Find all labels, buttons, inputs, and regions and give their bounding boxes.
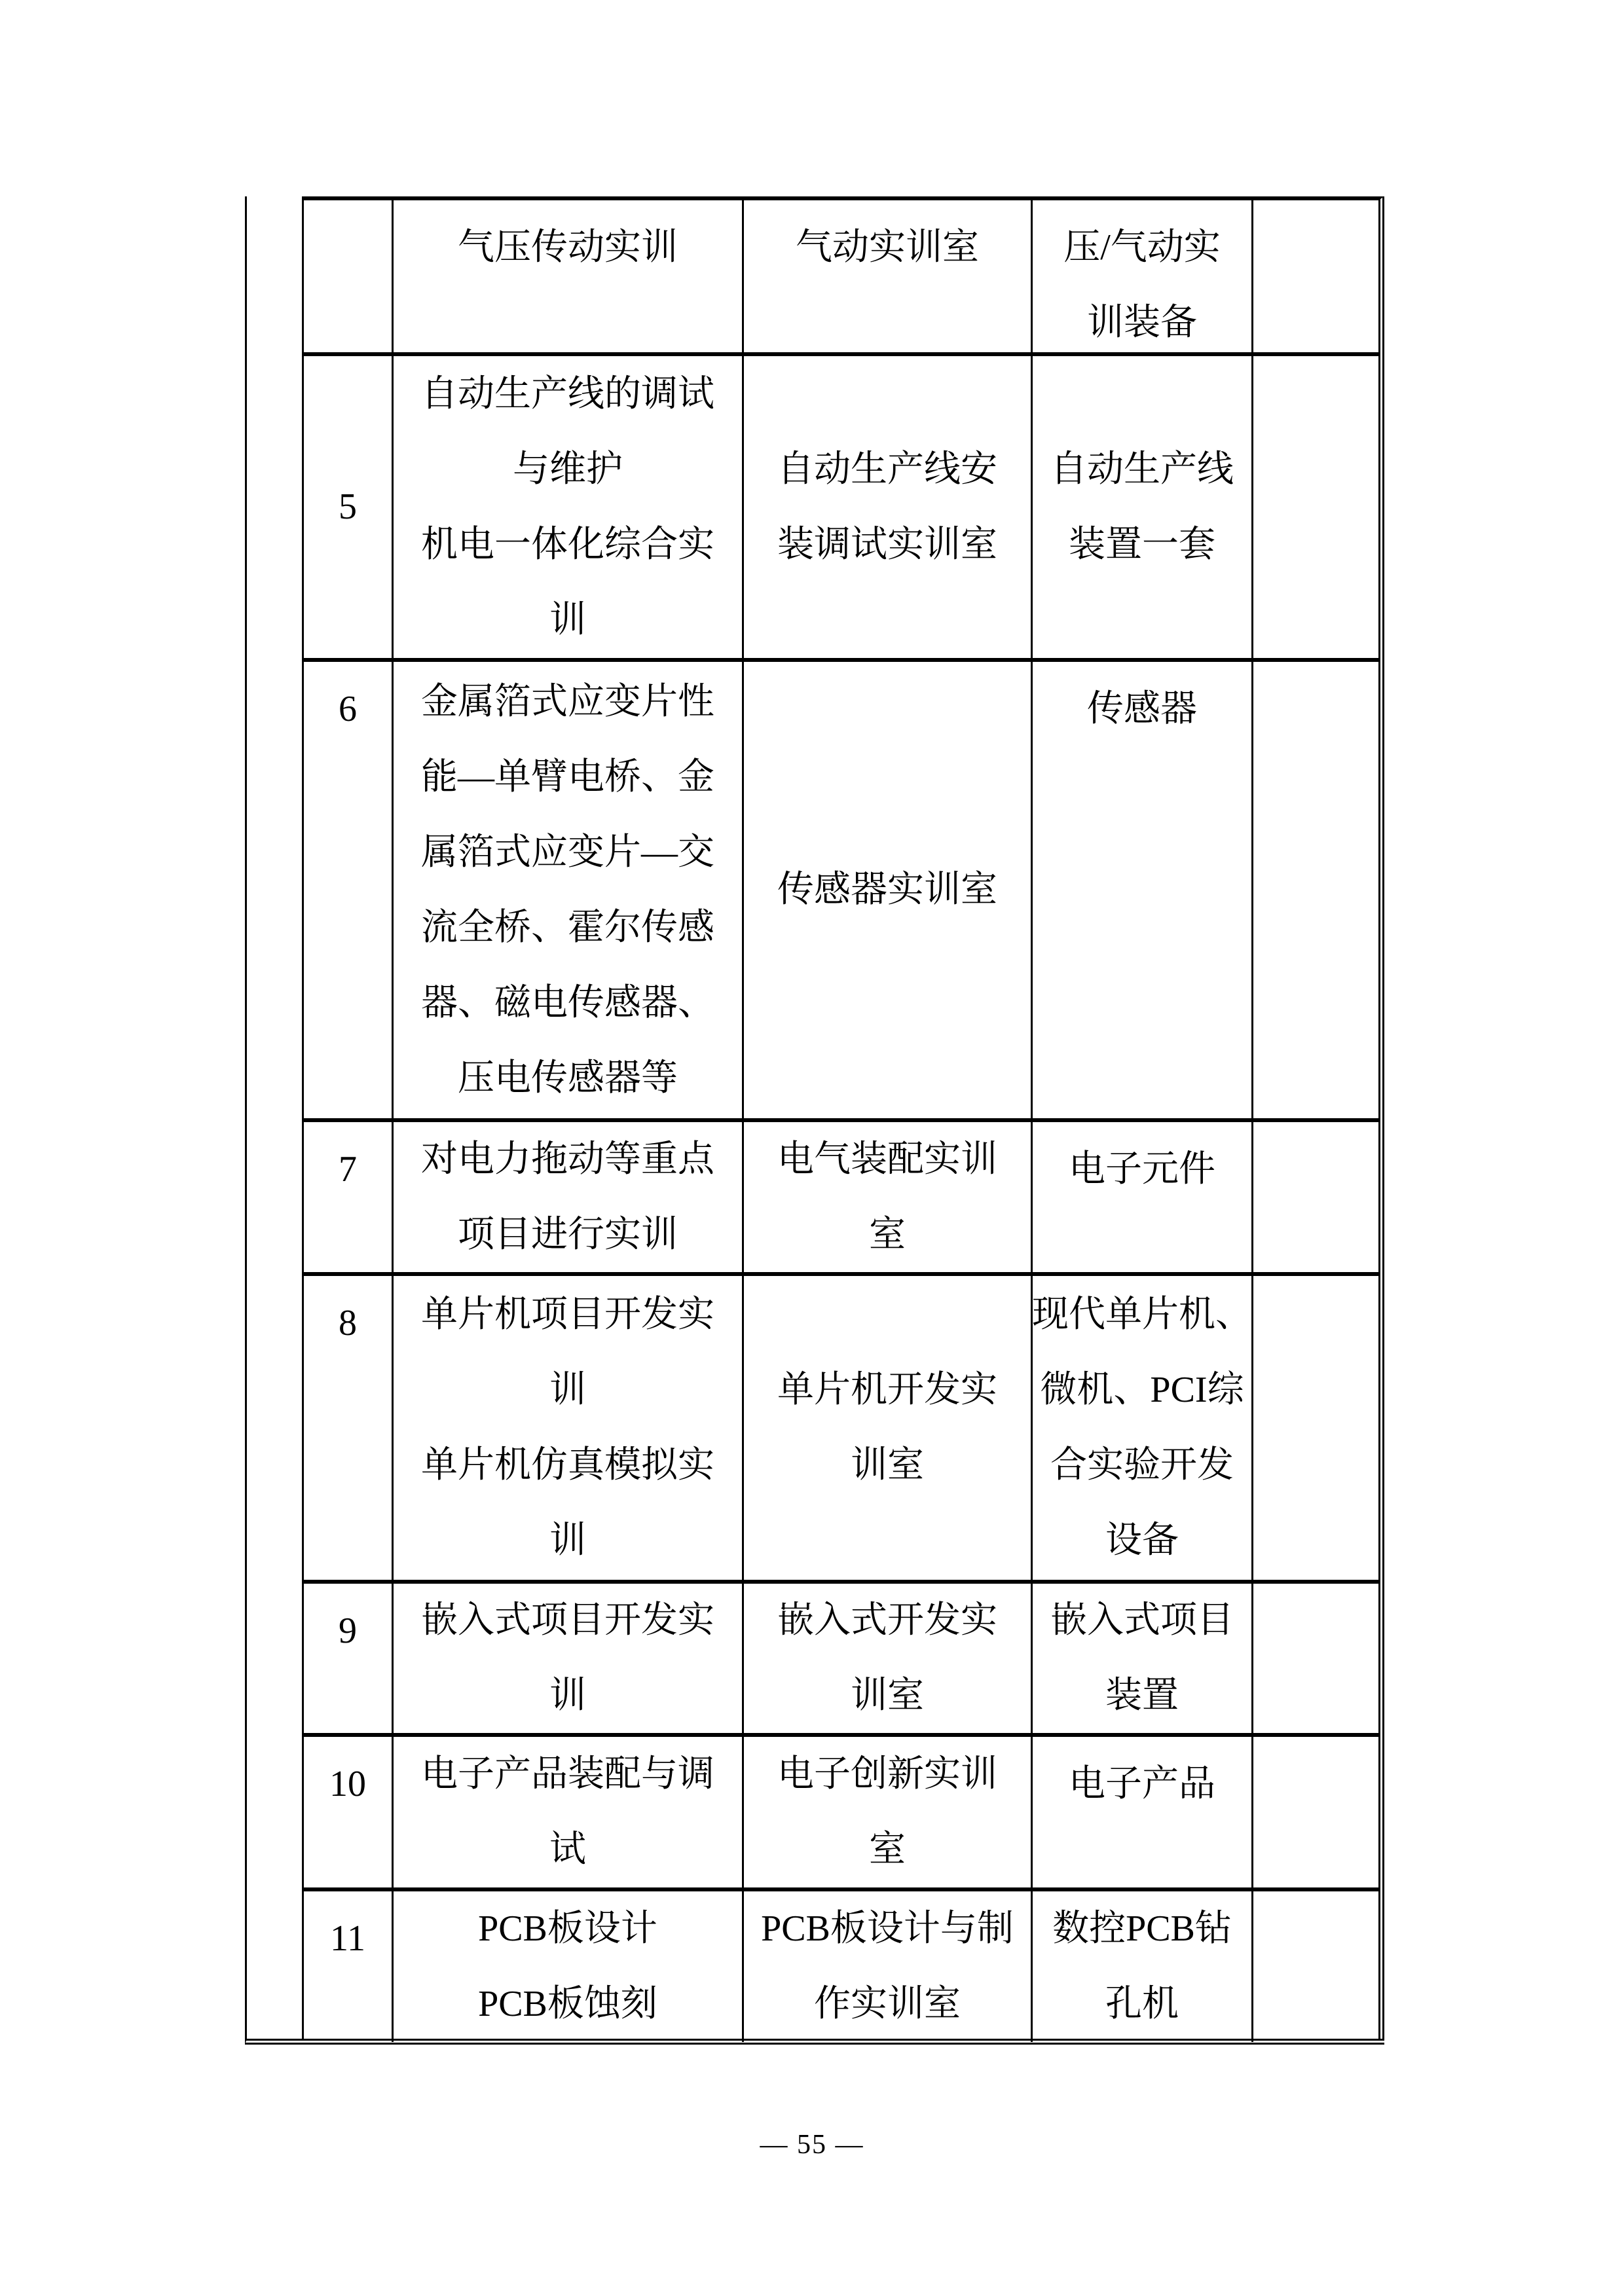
training-room-cell: 传感器实训室 [744,662,1033,1122]
note-cell [1253,1737,1378,1891]
row-number-cell: 5 [304,356,394,662]
row-number-cell: 8 [304,1276,394,1584]
training-room-cell: 气动实训室 [744,200,1033,356]
training-item-cell: 自动生产线的调试 与维护 机电一体化综合实 训 [394,356,744,662]
note-cell [1253,662,1378,1122]
page-number: — 55 — [0,2126,1624,2163]
training-item-cell: PCB板设计 PCB板蚀刻 [394,1891,744,2042]
row-number-cell: 7 [304,1122,394,1276]
training-item-cell: 金属箔式应变片性 能—单臂电桥、金 属箔式应变片—交 流全桥、霍尔传感 器、磁电… [394,662,744,1122]
training-room-cell: 嵌入式开发实 训室 [744,1584,1033,1737]
equipment-cell: 电子产品 [1033,1737,1253,1891]
row-number-cell: 10 [304,1737,394,1891]
note-cell [1253,200,1378,356]
equipment-cell: 自动生产线 装置一套 [1033,356,1253,662]
training-item-cell: 嵌入式项目开发实 训 [394,1584,744,1737]
training-room-cell: PCB板设计与制 作实训室 [744,1891,1033,2042]
training-room-cell: 自动生产线安 装调试实训室 [744,356,1033,662]
row-number-cell: 11 [304,1891,394,2042]
equipment-cell: 现代单片机、 微机、PCI综 合实验开发 设备 [1033,1276,1253,1584]
training-room-cell: 电子创新实训 室 [744,1737,1033,1891]
training-room-cell: 电气装配实训 室 [744,1122,1033,1276]
note-cell [1253,1584,1378,1737]
document-page: 气压传动实训 气动实训室 压/气动实 训装备 5 自动生产线的调试 与维护 机电… [0,0,1624,2296]
equipment-cell: 嵌入式项目 装置 [1033,1584,1253,1737]
equipment-cell: 电子元件 [1033,1122,1253,1276]
note-cell [1253,1276,1378,1584]
equipment-cell: 数控PCB钻 孔机 [1033,1891,1253,2042]
training-item-cell: 单片机项目开发实 训 单片机仿真模拟实 训 [394,1276,744,1584]
row-number-cell: 6 [304,662,394,1122]
note-cell [1253,1891,1378,2042]
row-number-cell [304,200,394,356]
equipment-cell: 传感器 [1033,662,1253,1122]
training-facilities-table: 气压传动实训 气动实训室 压/气动实 训装备 5 自动生产线的调试 与维护 机电… [245,196,1384,2045]
note-cell [1253,1122,1378,1276]
training-item-cell: 气压传动实训 [394,200,744,356]
row-number-cell: 9 [304,1584,394,1737]
equipment-cell: 压/气动实 训装备 [1033,200,1253,356]
table-grid: 气压传动实训 气动实训室 压/气动实 训装备 5 自动生产线的调试 与维护 机电… [302,196,1384,2039]
training-item-cell: 电子产品装配与调 试 [394,1737,744,1891]
training-item-cell: 对电力拖动等重点 项目进行实训 [394,1122,744,1276]
note-cell [1253,356,1378,662]
training-room-cell: 单片机开发实 训室 [744,1276,1033,1584]
